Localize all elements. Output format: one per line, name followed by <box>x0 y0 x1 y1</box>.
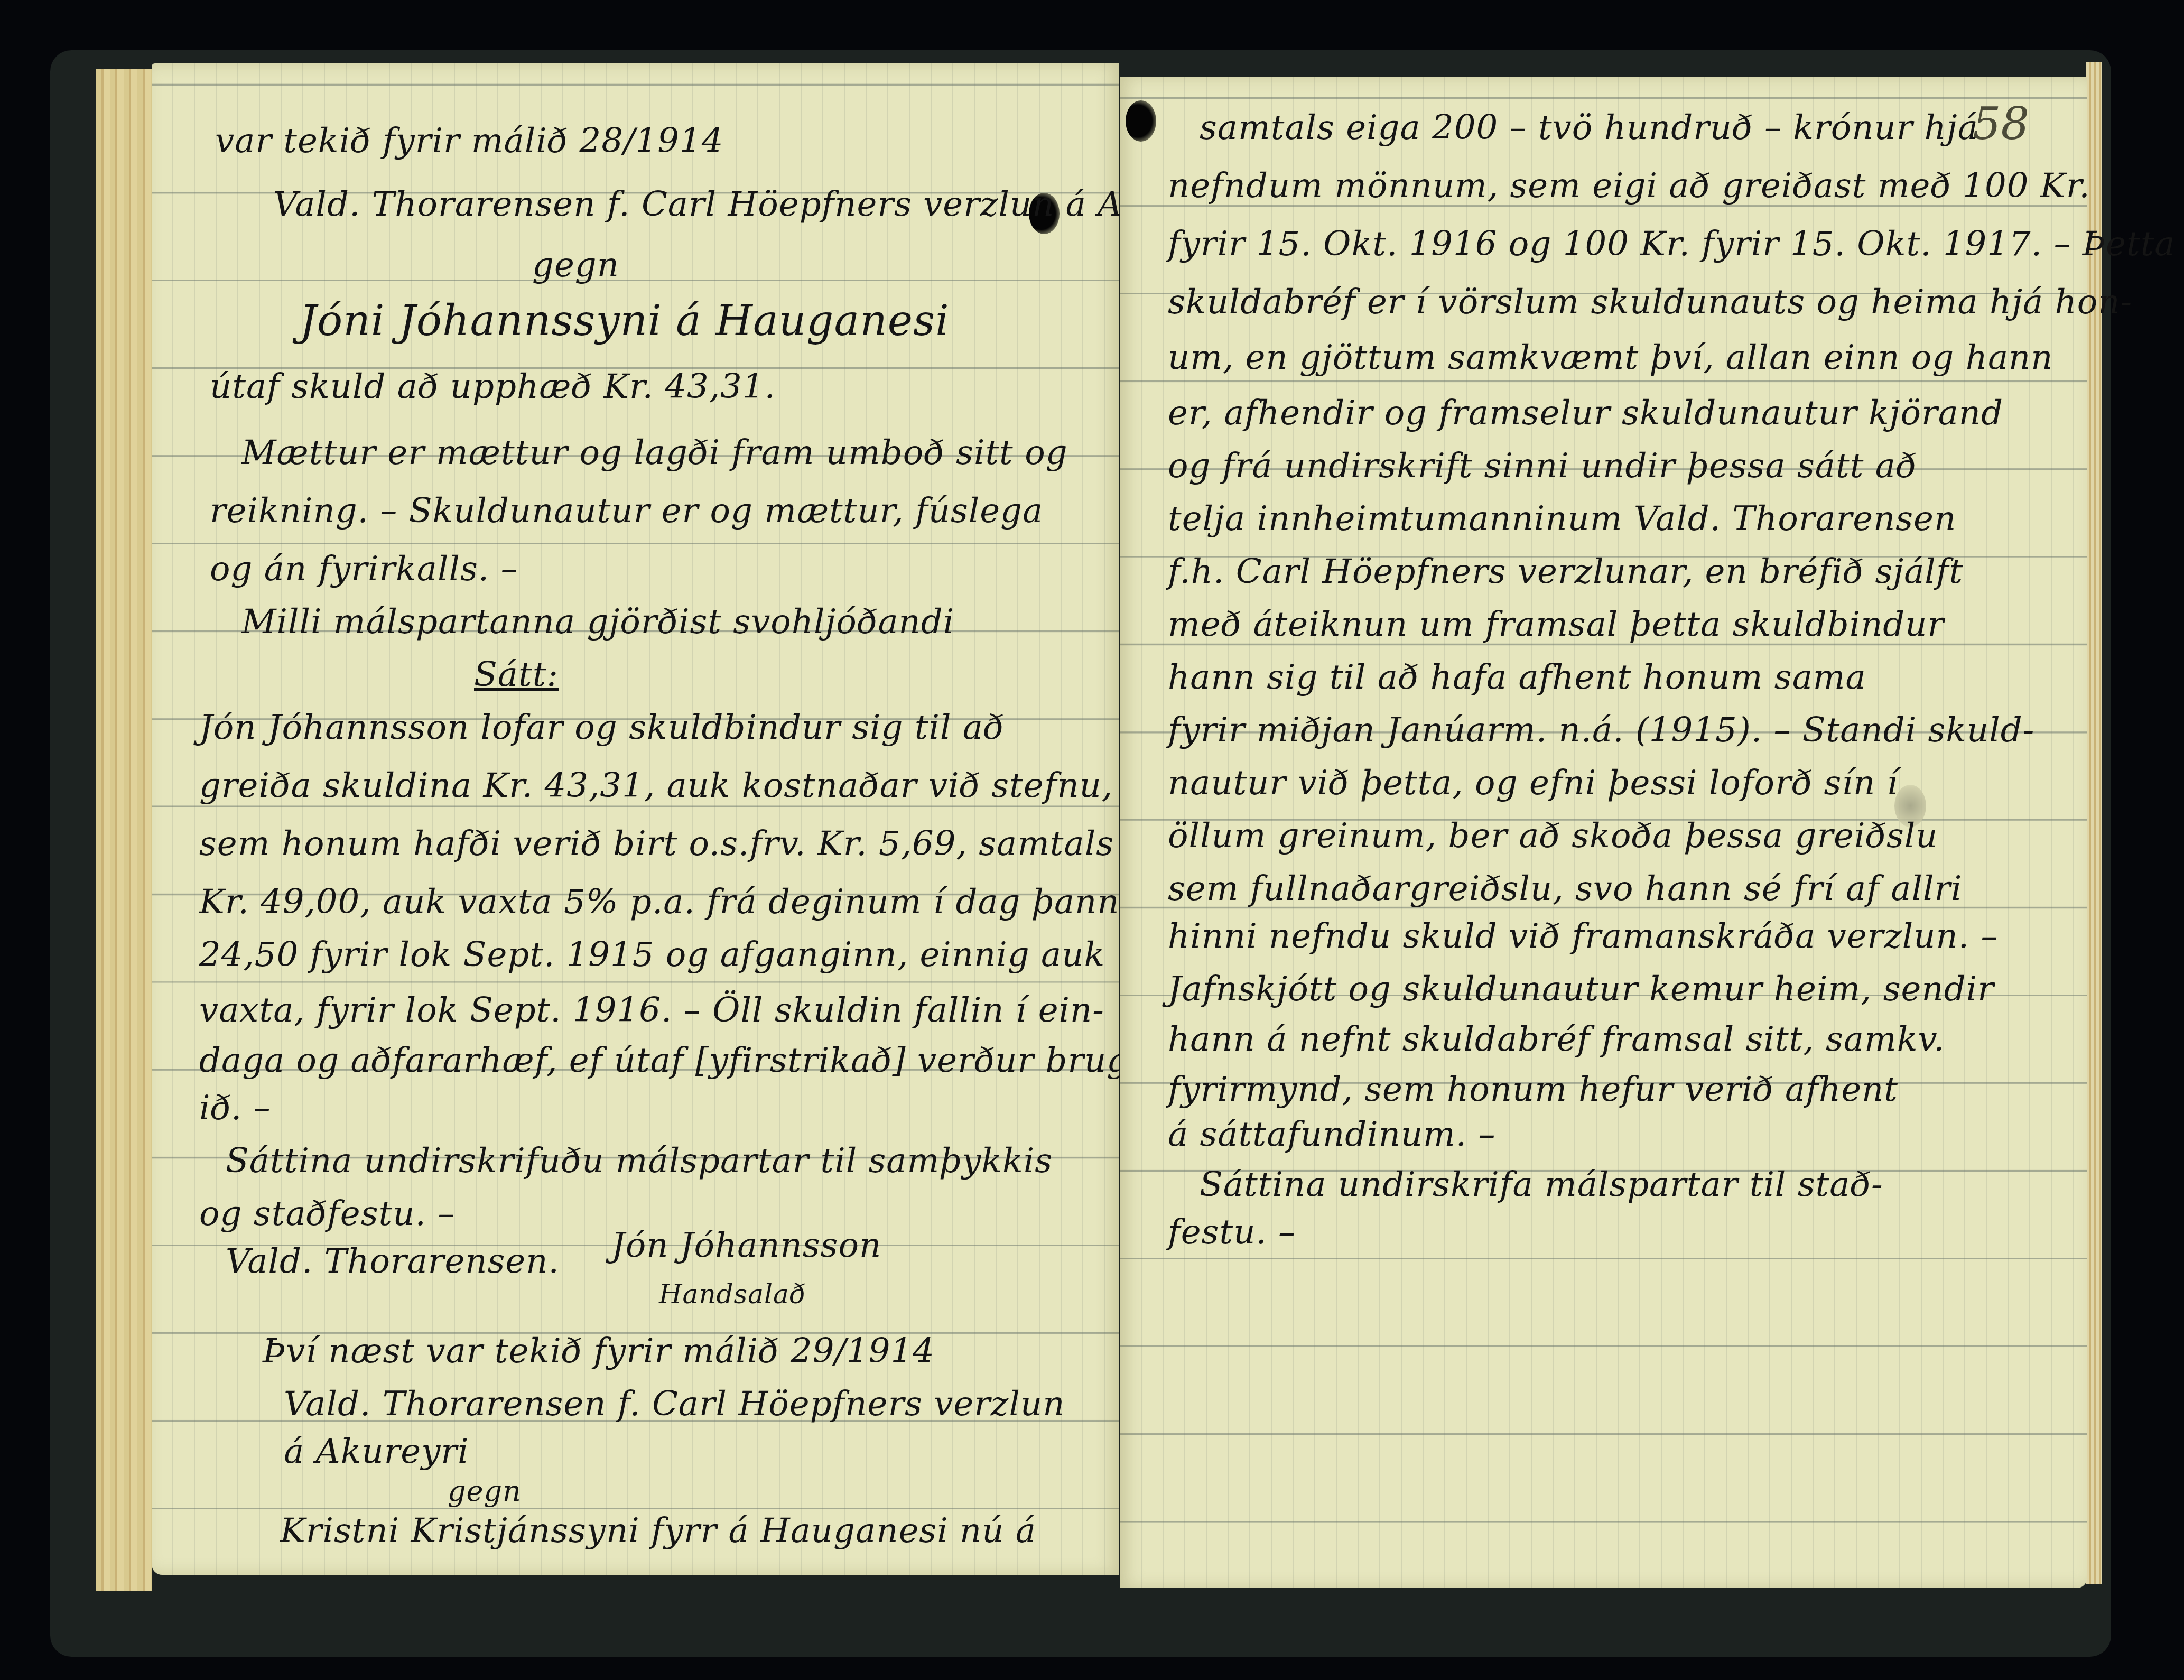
right-page-lower <box>1120 77 2087 1588</box>
page-edges-left <box>96 69 152 1591</box>
left-page-lower-text <box>152 63 1119 1575</box>
